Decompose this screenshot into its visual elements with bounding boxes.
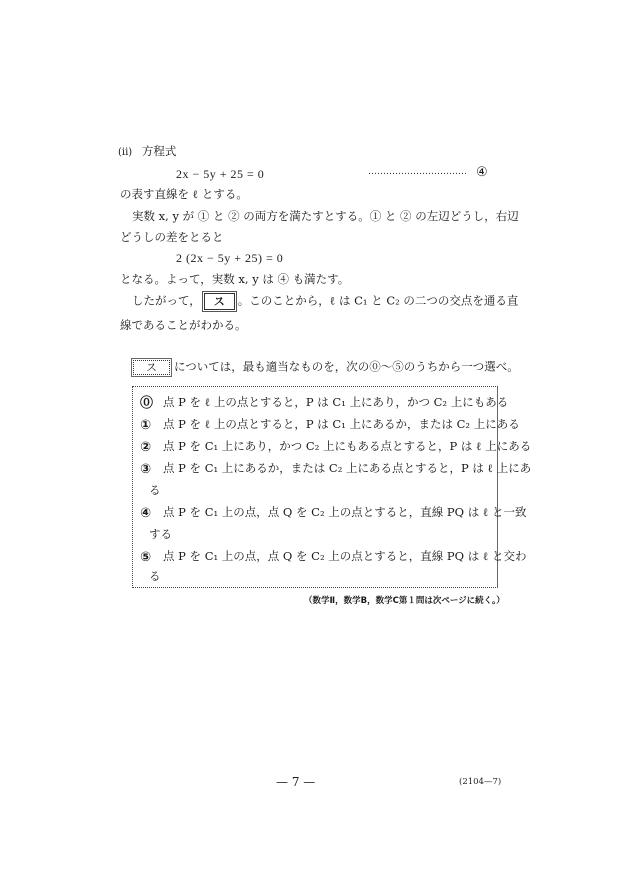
choice-number-4: ④ <box>140 507 151 520</box>
continue-note: （数学Ⅱ，数学B，数学C第１問は次ページに続く。） <box>304 597 505 606</box>
paragraph-1-line-1: 実数 x, y が ① と ② の両方を満たすとする。① と ② の左辺どうし，… <box>132 211 519 223</box>
leader-dots: …………………………… <box>368 167 467 177</box>
section-heading: (ii) 方程式 <box>118 146 176 158</box>
choice-text-5: 点 P を C₁ 上の点，点 Q を C₂ 上の点とすると，直線 PQ は ℓ … <box>163 551 527 563</box>
choice-text-4: 点 P を C₁ 上の点，点 Q を C₂ 上の点とすると，直線 PQ は ℓ … <box>163 507 527 519</box>
paragraph-3-after: 。このことから，ℓ は C₁ と C₂ の二つの交点を通る直 <box>238 294 519 308</box>
question-text: については，最も適当なものを，次の⓪～⑤のうちから一つ選べ。 <box>174 360 519 374</box>
choice-cont-5: る <box>149 571 161 583</box>
choice-number-1: ① <box>140 419 151 432</box>
paragraph-1-line-2: どうしの差をとると <box>120 232 224 244</box>
choice-text-3: 点 P を C₁ 上にあるか，または C₂ 上にある点とすると，P は ℓ 上に… <box>163 463 531 475</box>
choice-text-1: 点 P を ℓ 上の点とすると，P は C₁ 上にあるか，または C₂ 上にある <box>163 419 520 431</box>
equation-4: 2x − 5y + 25 = 0 <box>176 168 264 180</box>
equation-4-ref: ④ <box>476 166 488 179</box>
difference-equation: 2 (2x − 5y + 25) = 0 <box>176 252 283 264</box>
line-definition: の表す直線を ℓ とする。 <box>120 189 248 201</box>
paragraph-3-before: したがって， <box>132 294 201 308</box>
choice-cont-4: する <box>149 529 172 541</box>
question-prompt: スについては，最も適当なものを，次の⓪～⑤のうちから一つ選べ。 <box>133 360 519 375</box>
choice-number-0: ⓪ <box>140 397 153 410</box>
equation-4-leader: …………………………… <box>368 168 467 177</box>
paragraph-3-line-1: したがって，ス。このことから，ℓ は C₁ と C₂ の二つの交点を通る直 <box>132 293 518 310</box>
answer-box-su-reference: ス <box>133 360 170 375</box>
choice-number-3: ③ <box>140 463 151 476</box>
page-code: (2104—7) <box>459 778 501 787</box>
section-title: 方程式 <box>142 144 177 158</box>
choice-number-2: ② <box>140 441 151 454</box>
paragraph-2: となる。よって，実数 x, y は ④ も満たす。 <box>120 274 349 286</box>
choice-text-2: 点 P を C₁ 上にあり，かつ C₂ 上にもある点とすると，P は ℓ 上にあ… <box>163 441 531 453</box>
choice-cont-3: る <box>149 485 161 497</box>
choice-number-5: ⑤ <box>140 551 151 564</box>
paragraph-3-line-2: 線であることがわかる。 <box>120 320 247 332</box>
answer-box-su[interactable]: ス <box>204 293 235 310</box>
page-number: — 7 — <box>276 776 315 788</box>
choice-text-0: 点 P を ℓ 上の点とすると，P は C₁ 上にあり，かつ C₂ 上にもある <box>163 397 508 409</box>
choices-box: ⓪ 点 P を ℓ 上の点とすると，P は C₁ 上にあり，かつ C₂ 上にもあ… <box>132 386 498 588</box>
equation-4-expr: 2x − 5y + 25 = 0 <box>176 167 264 181</box>
section-label: (ii) <box>118 147 132 158</box>
